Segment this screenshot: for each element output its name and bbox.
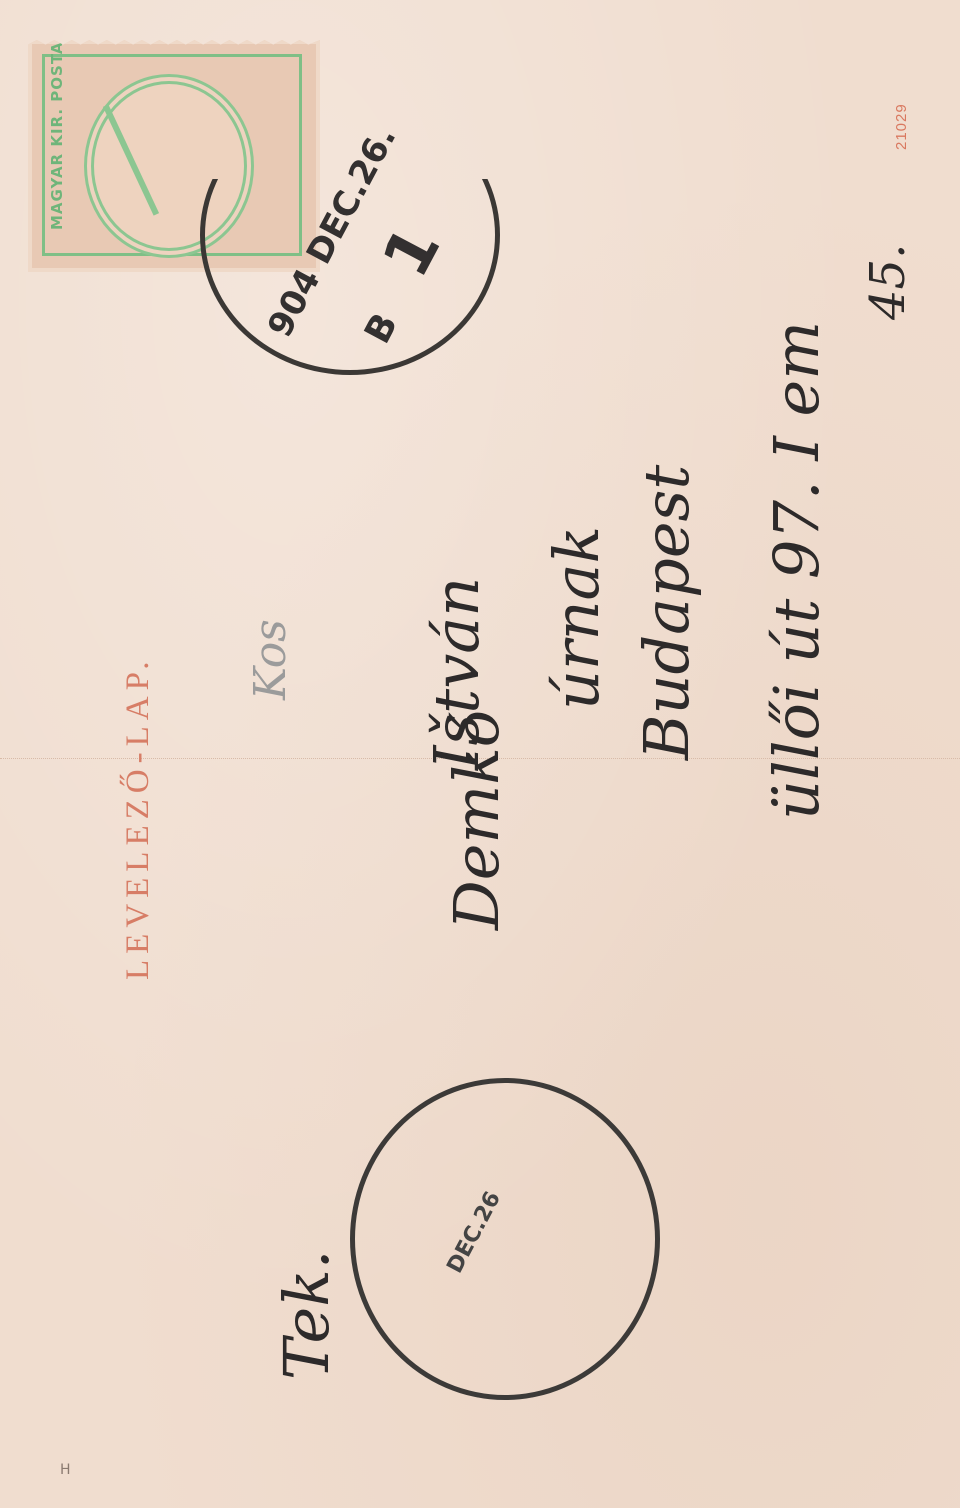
handwritten-street-number: 45. bbox=[860, 244, 916, 320]
stamp-inscription: MAGYAR KIR. POSTA bbox=[48, 41, 66, 230]
pencil-note: Kos bbox=[245, 619, 296, 700]
handwritten-surname: Demkó bbox=[440, 710, 513, 930]
card-title: LEVELEZŐ-LAP. bbox=[120, 655, 157, 980]
handwritten-honorific: Tek. bbox=[270, 1249, 343, 1380]
handwritten-city: Budapest bbox=[630, 465, 703, 760]
postmark-bottom bbox=[350, 1078, 660, 1400]
handwritten-street: üllői út 97. I em bbox=[760, 321, 833, 820]
serial-number: 21029 bbox=[893, 103, 910, 150]
handwritten-recipient-title: úrnak bbox=[540, 526, 613, 710]
postcard-back: MAGYAR KIR. POSTA 904 DEC.26. 1 B DEC.26… bbox=[0, 0, 960, 1508]
footer-mark: H bbox=[60, 1462, 71, 1478]
